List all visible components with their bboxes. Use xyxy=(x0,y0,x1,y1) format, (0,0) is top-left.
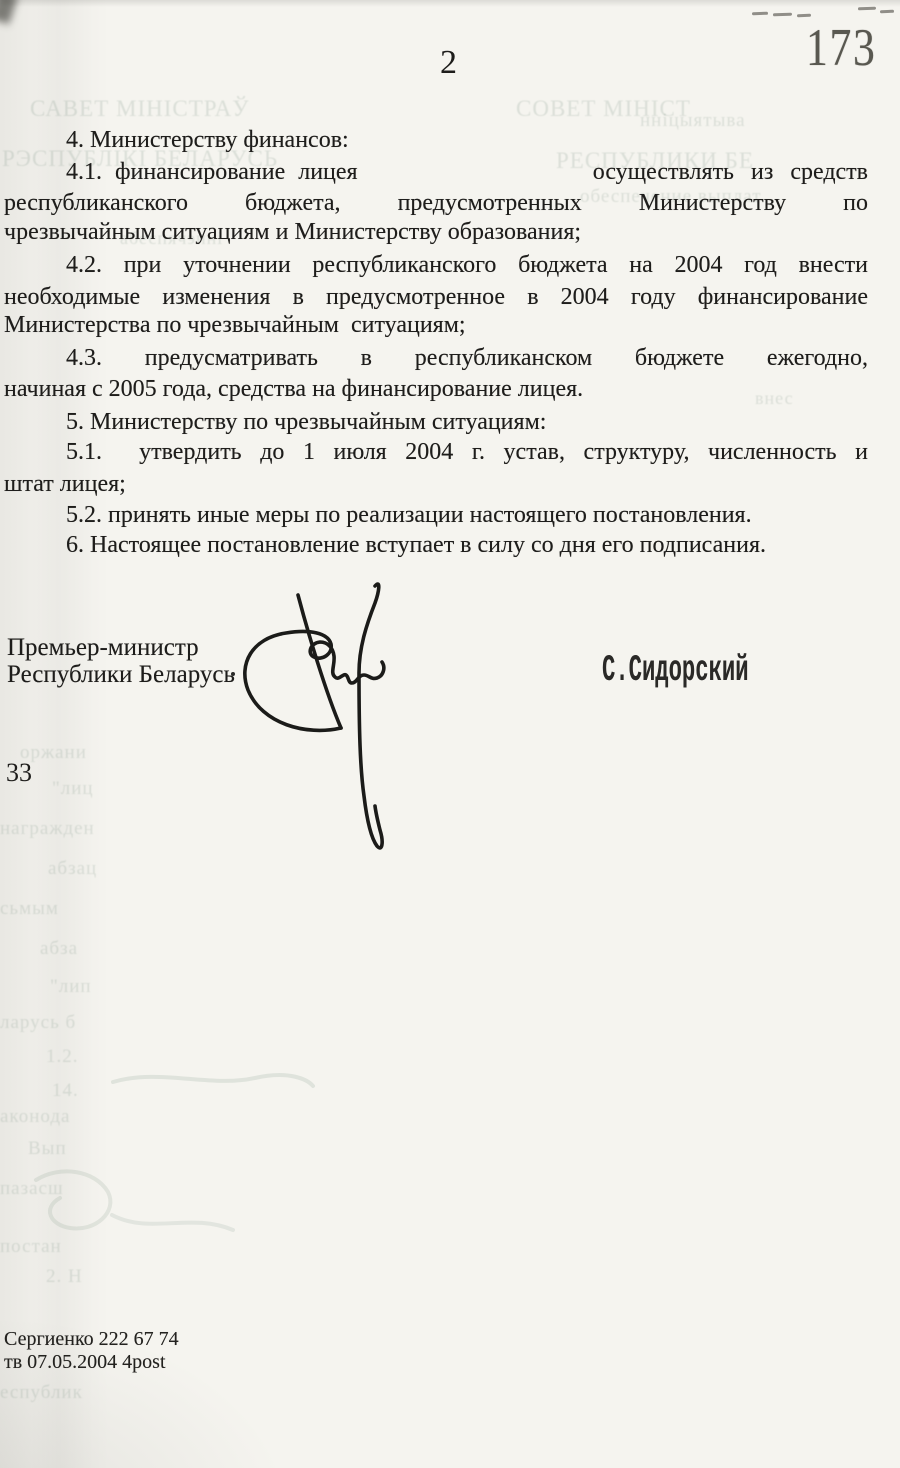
body-line: 4.3. предусматривать в республиканском б… xyxy=(4,343,868,374)
body-line: 5.2. принять иные меры по реализации нас… xyxy=(4,500,868,531)
pencil-dash-mark xyxy=(858,7,876,11)
margin-note: 33 xyxy=(6,758,32,788)
bleedthrough-text-fragment: Вып xyxy=(28,1138,67,1160)
bleedthrough-text-fragment: еспублик xyxy=(0,1382,83,1404)
body-line: 5. Министерству по чрезвычайным ситуация… xyxy=(4,407,868,438)
body-line: штат лицея; xyxy=(4,469,868,500)
signer-title: Премьер-министр Республики Беларусь xyxy=(7,634,235,688)
bleedthrough-text-fragment: абза xyxy=(40,938,78,960)
pencil-dash-mark xyxy=(752,12,768,16)
bleedthrough-text-fragment: ларусь б xyxy=(0,1012,76,1034)
body-line: 4.1. финансирование лицеяосуществлять из… xyxy=(4,157,868,188)
bleedthrough-text-fragment: постан xyxy=(0,1236,62,1258)
bleedthrough-text-fragment: награжден xyxy=(0,818,95,840)
clerk-footnote-line1: Сергиенко 222 67 74 xyxy=(4,1328,179,1351)
bleedthrough-text-fragment: аконода xyxy=(0,1106,70,1128)
body-line: 6. Настоящее постановление вступает в си… xyxy=(4,530,868,561)
bleedthrough-text-fragment: 14. xyxy=(52,1080,79,1102)
handwritten-signature xyxy=(238,578,408,863)
pencil-dash-mark xyxy=(797,14,811,17)
bleedthrough-text-fragment: 1.2. xyxy=(46,1046,79,1068)
bleedthrough-text-fragment: "лип xyxy=(50,976,92,998)
bleedthrough-text-fragment: САВЕТ МІНІСТРАЎ xyxy=(30,96,250,122)
clerk-footnote-line2: тв 07.05.2004 4post xyxy=(4,1351,179,1374)
scan-corner-smudge xyxy=(0,0,18,24)
body-line: 4. Министерству финансов: xyxy=(4,125,868,156)
bleedthrough-text-fragment: "лиц xyxy=(52,778,94,800)
bleedthrough-text-fragment: сьмым xyxy=(0,898,59,920)
body-line: чрезвычайным ситуациям и Министерству об… xyxy=(4,217,868,248)
body-line: Министерства по чрезвычайным ситуациям; xyxy=(4,310,868,341)
ink-dot xyxy=(231,672,235,676)
signer-title-line2: Республики Беларусь xyxy=(7,661,235,688)
clerk-footnote: Сергиенко 222 67 74 тв 07.05.2004 4post xyxy=(4,1328,179,1374)
body-line: республиканского бюджета, предусмотренны… xyxy=(4,188,868,219)
body-line-left-segment: 4.1. финансирование лицея xyxy=(66,157,358,187)
bleedthrough-text-fragment: 2. Н xyxy=(46,1266,83,1288)
pencil-dash-mark xyxy=(880,10,894,13)
bleedthrough-text-fragment: пазасш xyxy=(0,1178,64,1200)
signer-name: С.Сидорский xyxy=(602,650,749,692)
page-number: 2 xyxy=(440,44,458,82)
archive-page-stamp: 173 xyxy=(806,18,877,78)
body-line: начиная с 2005 года, средства на финанси… xyxy=(4,374,868,405)
signer-title-line1: Премьер-министр xyxy=(7,634,235,661)
body-line: 5.1. утвердить до 1 июля 2004 г. устав, … xyxy=(4,437,868,468)
bleedthrough-text-fragment: абзац xyxy=(48,858,97,880)
pencil-dash-mark xyxy=(773,13,792,17)
body-line-right-segment: осуществлять из средств xyxy=(593,157,868,187)
body-line: 4.2. при уточнении республиканского бюдж… xyxy=(4,250,868,281)
scanned-document-page: САВЕТ МІНІСТРАЎРЭСПУБЛІКІ БЕЛАРУСЬСОВЕТ … xyxy=(0,0,900,1468)
body-line: необходимые изменения в предусмотренное … xyxy=(4,282,868,313)
